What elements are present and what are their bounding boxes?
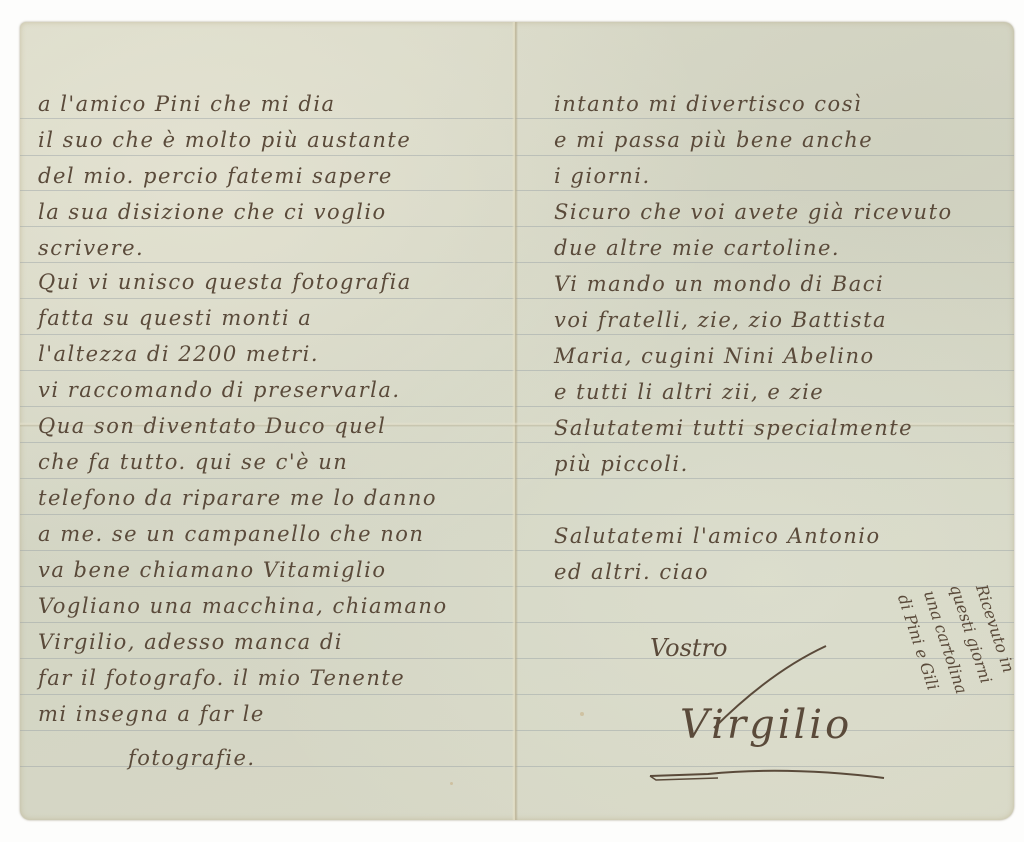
- letter-sheet: a l'amico Pini che mi dia il suo che è m…: [20, 22, 1014, 820]
- letter-line: che fa tutto. qui se c'è un: [38, 450, 348, 474]
- letter-line: far il fotografo. il mio Tenente: [38, 666, 405, 690]
- letter-line: a me. se un campanello che non: [38, 522, 424, 546]
- letter-line: il suo che è molto più austante: [38, 128, 411, 152]
- signature-v-stroke: [710, 642, 830, 732]
- letter-line: ed altri. ciao: [554, 560, 709, 584]
- letter-line: Sicuro che voi avete già ricevuto: [554, 200, 953, 224]
- letter-line: i giorni.: [554, 164, 651, 188]
- letter-line: scrivere.: [38, 236, 144, 260]
- letter-line: del mio. percio fatemi sapere: [38, 164, 393, 188]
- letter-line: l'altezza di 2200 metri.: [38, 342, 319, 366]
- letter-line: intanto mi divertisco così: [554, 92, 862, 116]
- letter-line: Qua son diventato Duco quel: [38, 414, 386, 438]
- letter-line: a l'amico Pini che mi dia: [38, 92, 336, 116]
- letter-line: fatta su questi monti a: [38, 306, 312, 330]
- letter-line: Vogliano una macchina, chiamano: [38, 594, 448, 618]
- letter-line: Salutatemi tutti specialmente: [554, 416, 913, 440]
- marginal-note: Ricevuto in questi giorni una cartolina …: [858, 582, 1008, 792]
- letter-line: fotografie.: [128, 746, 256, 770]
- letter-line: la sua disizione che ci voglio: [38, 200, 387, 224]
- signature-underline-flourish: [648, 762, 888, 782]
- letter-line: Virgilio, adesso manca di: [38, 630, 343, 654]
- letter-line: mi insegna a far le: [38, 702, 265, 726]
- letter-line: più piccoli.: [554, 452, 689, 476]
- letter-line: due altre mie cartoline.: [554, 236, 840, 260]
- letter-line: Qui vi unisco questa fotografia: [38, 270, 412, 294]
- letter-line: va bene chiamano Vitamiglio: [38, 558, 386, 582]
- letter-line: Maria, cugini Nini Abelino: [554, 344, 875, 368]
- letter-line: e tutti li altri zii, e zie: [554, 380, 824, 404]
- letter-line: e mi passa più bene anche: [554, 128, 873, 152]
- letter-line: Salutatemi l'amico Antonio: [554, 524, 881, 548]
- letter-scan: a l'amico Pini che mi dia il suo che è m…: [0, 0, 1024, 842]
- letter-line: Vi mando un mondo di Baci: [554, 272, 884, 296]
- left-page: a l'amico Pini che mi dia il suo che è m…: [20, 22, 512, 820]
- letter-line: telefono da riparare me lo danno: [38, 486, 437, 510]
- letter-line: voi fratelli, zie, zio Battista: [554, 308, 887, 332]
- letter-line: vi raccomando di preservarla.: [38, 378, 401, 402]
